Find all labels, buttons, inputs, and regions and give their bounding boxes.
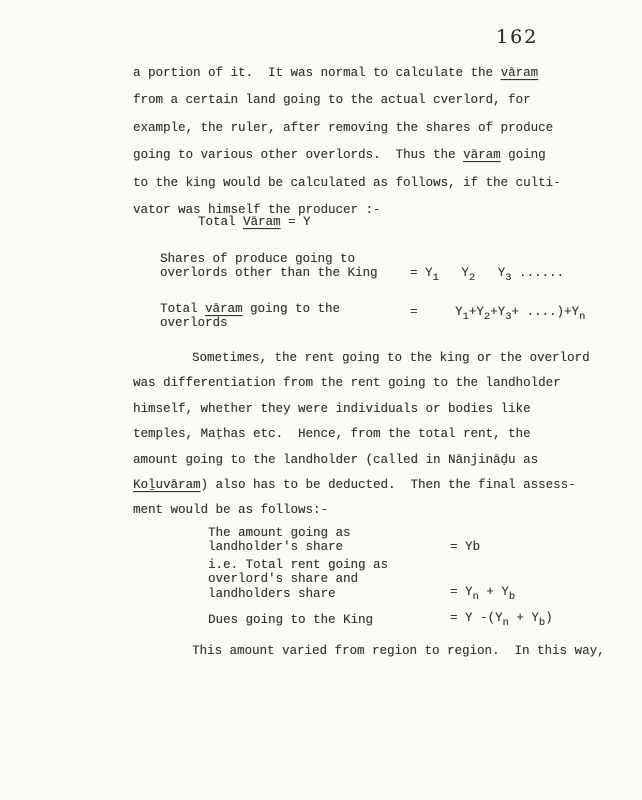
text-line: going to various other overlords. Thus t… — [133, 142, 561, 169]
text-line: from a certain land going to the actual … — [133, 87, 561, 114]
text-line: Total vāram going to the — [160, 302, 340, 316]
text-line: landholder's share — [208, 540, 351, 554]
text-line: The amount going as — [208, 526, 351, 540]
text-line: temples, Maṭhas etc. Hence, from the tot… — [133, 422, 590, 447]
text-line: Sometimes, the rent going to the king or… — [133, 346, 590, 371]
text-segment: Total — [198, 215, 243, 229]
underlined-term-koluvaram: Koḻuvāram — [133, 478, 201, 492]
text-line: Shares of produce going to — [160, 252, 378, 266]
dues-equation: = Y -(Yn + Yb) — [450, 611, 553, 625]
paragraph-2: Sometimes, the rent going to the king or… — [133, 346, 590, 524]
text-line: to the king would be calculated as follo… — [133, 170, 561, 197]
total-rent-equation: = Yn + Yb — [450, 585, 515, 599]
underlined-term-varam: vāram — [463, 148, 501, 162]
text-line: overlord's share and — [208, 572, 388, 586]
closing-line: This amount varied from region to region… — [133, 644, 605, 658]
text-line: Koḻuvāram) also has to be deducted. Then… — [133, 473, 590, 498]
text-segment: going to the — [243, 302, 341, 316]
text-line: ment would be as follows:- — [133, 498, 590, 523]
paragraph-1: a portion of it. It was normal to calcul… — [133, 60, 561, 224]
text-line: i.e. Total rent going as — [208, 558, 388, 572]
text-line: overlords other than the King — [160, 266, 378, 280]
total-rent-label: i.e. Total rent going as overlord's shar… — [208, 558, 388, 601]
text-segment: Total — [160, 302, 205, 316]
underlined-term-varam: vāram — [205, 302, 243, 316]
text-line: overlords — [160, 316, 340, 330]
underlined-term-varam: vāram — [501, 66, 539, 80]
text-line: landholders share — [208, 587, 388, 601]
text-line: himself, whether they were individuals o… — [133, 397, 590, 422]
overlords-total-label: Total vāram going to the overlords — [160, 302, 340, 331]
overlords-total-equation: = Y1+Y2+Y3+ ....)+Yn — [410, 305, 585, 319]
text-line: a portion of it. It was normal to calcul… — [133, 60, 561, 87]
text-line: was differentiation from the rent going … — [133, 371, 590, 396]
landholder-share-equation: = Yb — [450, 540, 480, 554]
text-line: amount going to the landholder (called i… — [133, 448, 590, 473]
underlined-term-varam: Vāram — [243, 215, 281, 229]
shares-label: Shares of produce going to overlords oth… — [160, 252, 378, 281]
text-segment: ) also has to be deducted. Then the fina… — [201, 478, 576, 492]
shares-equation: = Y1 Y2 Y3 ...... — [410, 266, 564, 280]
text-segment: going — [501, 148, 546, 162]
dues-label: Dues going to the King — [208, 613, 373, 627]
text-segment: = Y — [281, 215, 311, 229]
text-segment: going to various other overlords. Thus t… — [133, 148, 463, 162]
landholder-share-label: The amount going as landholder's share — [208, 526, 351, 555]
total-varam-definition: Total Vāram = Y — [198, 215, 311, 229]
scanned-document-page: 162 a portion of it. It was normal to ca… — [0, 0, 642, 800]
text-segment: a portion of it. It was normal to calcul… — [133, 66, 501, 80]
page-number: 162 — [496, 26, 538, 48]
text-line: example, the ruler, after removing the s… — [133, 115, 561, 142]
